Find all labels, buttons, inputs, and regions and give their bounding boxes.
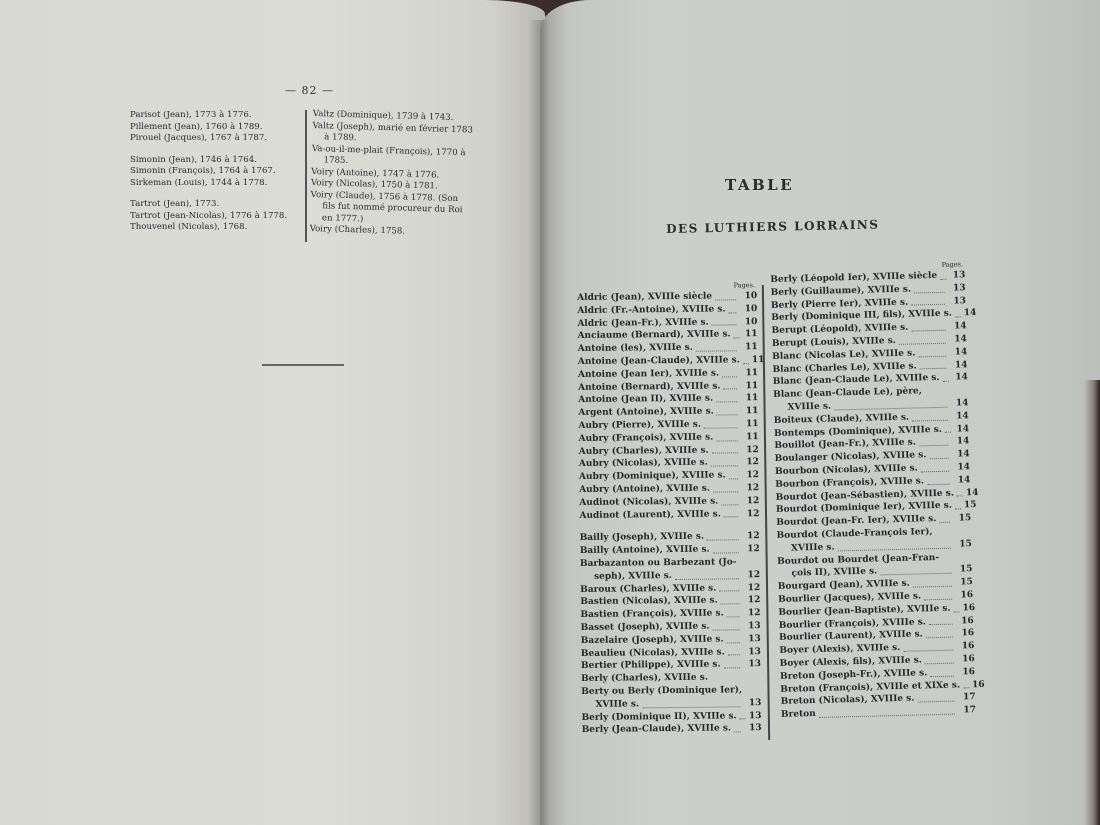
dot-leader (727, 616, 740, 617)
section-rule (262, 364, 344, 366)
entry-page: 15 (964, 499, 977, 512)
entry-page: 13 (749, 710, 762, 723)
entry-page: 13 (947, 282, 965, 295)
dot-leader (919, 445, 948, 447)
entry-page: 10 (739, 290, 757, 303)
entry-name: Anciaume (Bernard), XVIIIe s. (577, 329, 730, 343)
toc-column-1: Pages. Aldric (Jean), XVIIIe siècle10Ald… (577, 281, 762, 737)
list-item: Pirouel (Jacques), 1767 à 1787. (130, 133, 287, 145)
entry-page: 14 (966, 487, 979, 500)
entry-page: 11 (740, 341, 758, 354)
dot-leader (912, 419, 948, 421)
list-item: Simonin (François), 1764 à 1767. (130, 166, 287, 178)
entry-name: Audinot (Laurent), XVIIIe s. (579, 508, 721, 522)
entry-page: 12 (742, 569, 760, 582)
dot-leader (834, 406, 947, 410)
entry-page: 11 (741, 431, 759, 444)
entry-page: 14 (951, 372, 968, 385)
table-title: TABLE (725, 176, 794, 194)
entry-page: 14 (964, 307, 977, 320)
entry-page: 12 (741, 456, 759, 469)
list-item: Tartrot (Jean-Nicolas), 1776 à 1778. (130, 211, 287, 223)
dot-leader (926, 637, 953, 639)
entry-page: 12 (741, 469, 759, 482)
entry-page: 14 (949, 359, 967, 372)
dot-leader (925, 395, 947, 396)
dot-leader (704, 427, 738, 428)
entry-page: 10 (739, 316, 757, 329)
toc-entry: Berty ou Berly (Dominique Ier), (581, 684, 761, 699)
toc-entry: Barbazanton ou Barbezant (Jo- (580, 556, 760, 571)
entry-page: 13 (949, 269, 965, 282)
dot-leader (924, 598, 952, 600)
entry-page: 13 (743, 697, 761, 710)
book-gutter (528, 20, 550, 825)
entry-page: 11 (740, 405, 758, 418)
dot-leader (716, 440, 737, 441)
list-item: Simonin (Jean), 1746 à 1764. (130, 155, 287, 167)
dot-leader (734, 731, 741, 732)
dot-leader (918, 701, 955, 703)
entry-name: Berty ou Berly (Dominique Ier), (581, 684, 742, 698)
dot-leader (940, 278, 946, 279)
entry-page: 14 (952, 448, 970, 461)
dot-leader (715, 299, 736, 300)
entry-page: 14 (952, 474, 970, 487)
entry-page: 16 (957, 653, 975, 666)
entry-page: 13 (744, 722, 762, 735)
entry-name: Bailly (Joseph), XVIIIe s. (580, 531, 705, 545)
entry-page: 11 (740, 418, 758, 431)
dot-leader (943, 381, 949, 382)
entry-page: 16 (956, 627, 974, 640)
entry-page: 12 (741, 495, 759, 508)
list-item: Thouvenel (Nicolas), 1768. (130, 222, 287, 234)
dot-leader (712, 453, 738, 454)
entry-name: Antoine (les), XVIIIe s. (578, 342, 693, 356)
dot-leader (713, 629, 740, 630)
entry-page: 16 (962, 602, 975, 615)
dot-leader (819, 714, 955, 718)
toc-entry: Anciaume (Bernard), XVIIIe s.11 (577, 329, 757, 344)
dot-leader (955, 317, 961, 318)
entry-name: XVIIIe s. (581, 698, 639, 711)
entry-page: 15 (954, 563, 972, 576)
entry-page: 16 (957, 666, 975, 679)
dot-leader (722, 376, 737, 377)
dot-leader (899, 343, 946, 345)
dot-leader (929, 624, 953, 626)
dot-leader (930, 675, 954, 677)
dot-leader (743, 363, 749, 364)
dot-leader (712, 325, 737, 326)
dot-leader (880, 573, 951, 576)
luthier-list-right: Valtz (Dominique), 1739 à 1743. Valtz (J… (309, 109, 490, 240)
entry-page: 14 (954, 423, 970, 436)
dot-leader (727, 642, 740, 643)
luthier-list-left: Parisot (Jean), 1773 à 1776. Pillement (… (130, 110, 287, 244)
entry-page: 12 (741, 444, 759, 457)
dot-leader (925, 662, 954, 664)
entry-page: 16 (956, 615, 974, 628)
dot-leader (724, 389, 738, 390)
dot-leader (838, 547, 951, 551)
dot-leader (955, 509, 961, 510)
entry-page: 11 (740, 392, 758, 405)
dot-leader (719, 591, 739, 592)
entry-page: 15 (954, 538, 972, 551)
entry-page: 15 (955, 576, 973, 589)
entry-page: 14 (951, 436, 969, 449)
dot-leader (711, 465, 738, 466)
entry-page: 14 (949, 333, 967, 346)
dot-leader (914, 291, 945, 293)
entry-page: 13 (743, 620, 761, 633)
toc-entry: Antoine (Jean-Claude), XVIIIe s.11 (578, 354, 758, 369)
column-divider (305, 110, 307, 242)
entry-page: 12 (742, 594, 760, 607)
dot-leader (963, 688, 969, 689)
entry-page: 12 (742, 543, 760, 556)
list-group: Simonin (Jean), 1746 à 1764. Simonin (Fr… (130, 155, 287, 190)
entry-page: 15 (953, 512, 971, 525)
dot-leader (927, 483, 949, 485)
entry-page: 14 (948, 320, 966, 333)
dot-leader (729, 478, 738, 479)
toc-entry: Berly (Jean-Claude), XVIIIe s.13 (582, 722, 762, 737)
toc-entry: Berly (Dominique II), XVIIIe s.13 (581, 710, 761, 725)
entry-page: 14 (949, 346, 967, 359)
entry-page: 12 (742, 582, 760, 595)
entry-page: 14 (951, 410, 969, 423)
dot-leader (913, 586, 952, 588)
entry-page: 12 (742, 607, 760, 620)
entry-page: 13 (743, 646, 761, 659)
dot-leader (724, 667, 740, 668)
dot-leader (713, 552, 739, 553)
entry-page: 13 (948, 295, 966, 308)
dot-leader (921, 470, 949, 472)
list-item: Parisot (Jean), 1773 à 1776. (130, 110, 287, 122)
dot-leader (957, 496, 963, 497)
entry-name: Barbazanton ou Barbezant (Jo- (580, 556, 737, 570)
entry-name: Breton (781, 708, 816, 722)
page-number: — 82 — (285, 84, 334, 97)
list-group: Tartrot (Jean), 1773. Tartrot (Jean-Nico… (130, 199, 287, 234)
entry-name: seph), XVIIIe s. (580, 570, 672, 584)
dot-leader (918, 355, 946, 357)
entry-page: 17 (958, 704, 976, 717)
list-item: Pillement (Jean), 1760 à 1789. (130, 122, 287, 134)
toc-column-2: Pages. Berly (Léopold Ier), XVIIIe siècl… (770, 260, 976, 722)
entry-name: Aubry (Pierre), XVIIIe s. (578, 419, 701, 433)
entry-page: 11 (740, 367, 758, 380)
dot-leader (721, 504, 738, 505)
entry-page: 16 (972, 678, 985, 691)
dot-leader (930, 458, 949, 459)
entry-page: 11 (743, 329, 758, 342)
dot-leader (740, 719, 746, 720)
dot-leader (696, 350, 737, 351)
page-edge (1084, 380, 1100, 825)
entry-page: 11 (740, 380, 758, 393)
entry-page: 12 (742, 530, 760, 543)
entry-page: 13 (743, 633, 761, 646)
dot-leader (675, 578, 739, 580)
dot-leader (729, 312, 737, 313)
entry-name: Berly (Jean-Claude), XVIIIe s. (582, 723, 732, 737)
dot-leader (717, 414, 738, 415)
dot-leader (911, 304, 945, 306)
dot-leader (939, 522, 950, 523)
entry-page: 16 (956, 640, 974, 653)
entry-page: 13 (743, 658, 761, 671)
entry-page: 12 (741, 508, 759, 521)
list-group: Parisot (Jean), 1773 à 1776. Pillement (… (130, 110, 287, 145)
entry-page: 16 (955, 589, 973, 602)
dot-leader (945, 432, 951, 433)
list-item: Tartrot (Jean), 1773. (130, 199, 287, 211)
dot-leader (707, 539, 739, 540)
dot-leader (721, 603, 740, 604)
dot-leader (911, 330, 945, 332)
dot-leader (724, 517, 739, 518)
dot-leader (642, 706, 740, 708)
entry-page: 17 (957, 691, 975, 704)
list-item: Sirkeman (Louis), 1744 à 1778. (130, 178, 287, 190)
entry-page: 14 (950, 397, 968, 410)
entry-page: 14 (952, 461, 970, 474)
dot-leader (734, 337, 740, 338)
dot-leader (954, 611, 960, 612)
dot-leader (903, 650, 953, 652)
entry-page: 12 (741, 482, 759, 495)
dot-leader (716, 402, 737, 403)
dot-leader (728, 655, 740, 656)
dot-leader (920, 368, 947, 370)
dot-leader (713, 491, 738, 492)
entry-page: 10 (739, 303, 757, 316)
